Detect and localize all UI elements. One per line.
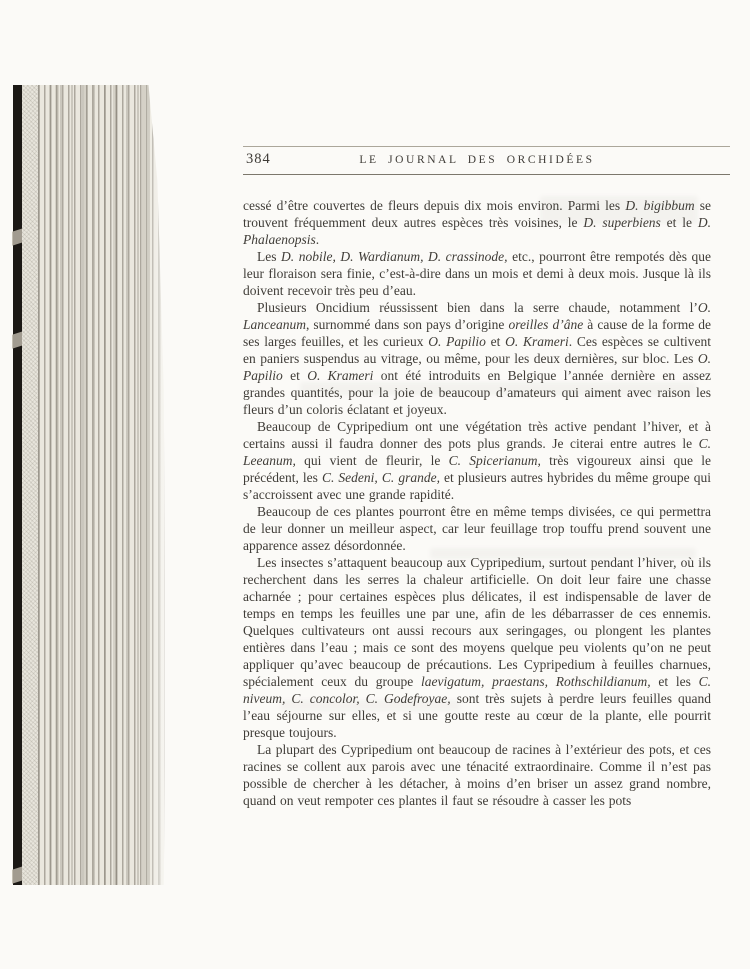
paragraph: La plupart des Cypripedium ont beaucoup …: [243, 741, 711, 809]
header-rule-top: [243, 146, 730, 147]
running-head: 384 LE JOURNAL DES ORCHIDÉES: [243, 140, 711, 186]
scan-shadow-strip: [13, 85, 22, 885]
paragraph: Beaucoup de Cypripedium ont une végétati…: [243, 418, 711, 503]
scanned-book-page: 384 LE JOURNAL DES ORCHIDÉES cessé d’êtr…: [0, 0, 750, 969]
paragraph: Beaucoup de ces plantes pourront être en…: [243, 503, 711, 554]
page-column: 384 LE JOURNAL DES ORCHIDÉES cessé d’êtr…: [243, 140, 711, 809]
binding-hinge-texture: [22, 85, 38, 885]
page-edge-fade: [145, 85, 179, 885]
paragraph: Plusieurs Oncidium réussissent bien dans…: [243, 299, 711, 418]
paragraph: Les insectes s’attaquent beaucoup aux Cy…: [243, 554, 711, 741]
paragraph: cessé d’être couvertes de fleurs depuis …: [243, 197, 711, 248]
journal-title: LE JOURNAL DES ORCHIDÉES: [243, 154, 711, 166]
article-body: cessé d’être couvertes de fleurs depuis …: [243, 197, 711, 809]
header-rule-bottom: [243, 174, 730, 175]
paragraph: Les D. nobile, D. Wardianum, D. crassino…: [243, 248, 711, 299]
book-gutter: [13, 85, 165, 885]
